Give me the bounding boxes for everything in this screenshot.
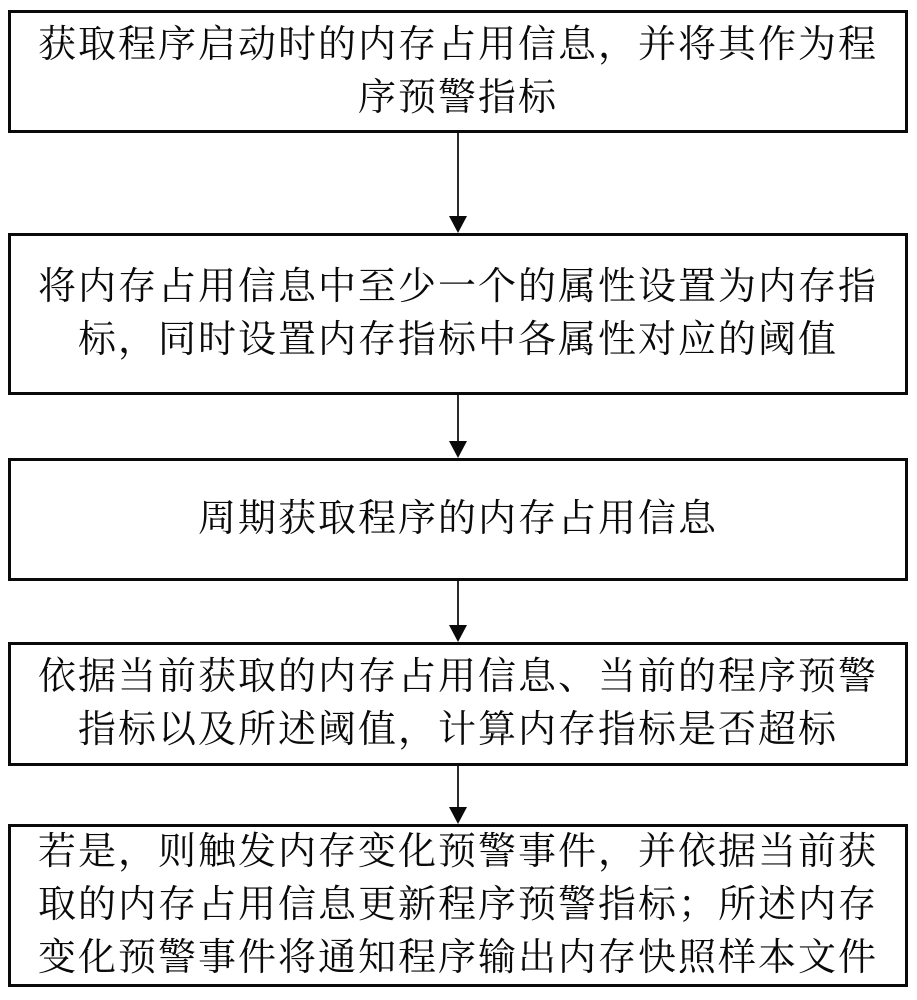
flow-step-5-line-3: 变化预警事件将通知程序输出内存快照样本文件 [38, 932, 878, 985]
down-arrow-connector-3 [449, 581, 467, 642]
arrow-shaft [457, 395, 459, 441]
arrow-head-icon [449, 807, 467, 824]
flow-step-2-line-2: 标，同时设置内存指标中各属性对应的阈值 [78, 314, 838, 367]
arrow-shaft [457, 133, 459, 216]
flow-step-4: 依据当前获取的内存占用信息、当前的程序预警 指标以及所述阈值，计算内存指标是否超… [8, 642, 908, 766]
flow-step-5-line-2: 取的内存占用信息更新程序预警指标；所述内存 [38, 879, 878, 932]
flow-step-1-line-1: 获取程序启动时的内存占用信息，并将其作为程 [38, 19, 878, 72]
arrow-head-icon [449, 216, 467, 233]
flow-step-3: 周期获取程序的内存占用信息 [8, 458, 908, 581]
flow-step-3-line-1: 周期获取程序的内存占用信息 [198, 493, 718, 546]
arrow-shaft [457, 581, 459, 625]
flow-step-2-line-1: 将内存占用信息中至少一个的属性设置为内存指 [38, 261, 878, 314]
flow-step-1-line-2: 序预警指标 [358, 72, 558, 125]
flow-step-1: 获取程序启动时的内存占用信息，并将其作为程 序预警指标 [8, 10, 908, 133]
arrow-shaft [457, 766, 459, 807]
down-arrow-connector-1 [449, 133, 467, 233]
arrow-head-icon [449, 625, 467, 642]
flow-step-5: 若是，则触发内存变化预警事件，并依据当前获 取的内存占用信息更新程序预警指标；所… [8, 824, 908, 987]
down-arrow-connector-2 [449, 395, 467, 458]
flowchart-page: 获取程序启动时的内存占用信息，并将其作为程 序预警指标 将内存占用信息中至少一个… [0, 0, 917, 1000]
flow-step-4-line-1: 依据当前获取的内存占用信息、当前的程序预警 [38, 651, 878, 704]
arrow-head-icon [449, 441, 467, 458]
flow-step-2: 将内存占用信息中至少一个的属性设置为内存指 标，同时设置内存指标中各属性对应的阈… [8, 233, 908, 395]
flow-step-4-line-2: 指标以及所述阈值，计算内存指标是否超标 [78, 704, 838, 757]
down-arrow-connector-4 [449, 766, 467, 824]
flow-step-5-line-1: 若是，则触发内存变化预警事件，并依据当前获 [38, 826, 878, 879]
